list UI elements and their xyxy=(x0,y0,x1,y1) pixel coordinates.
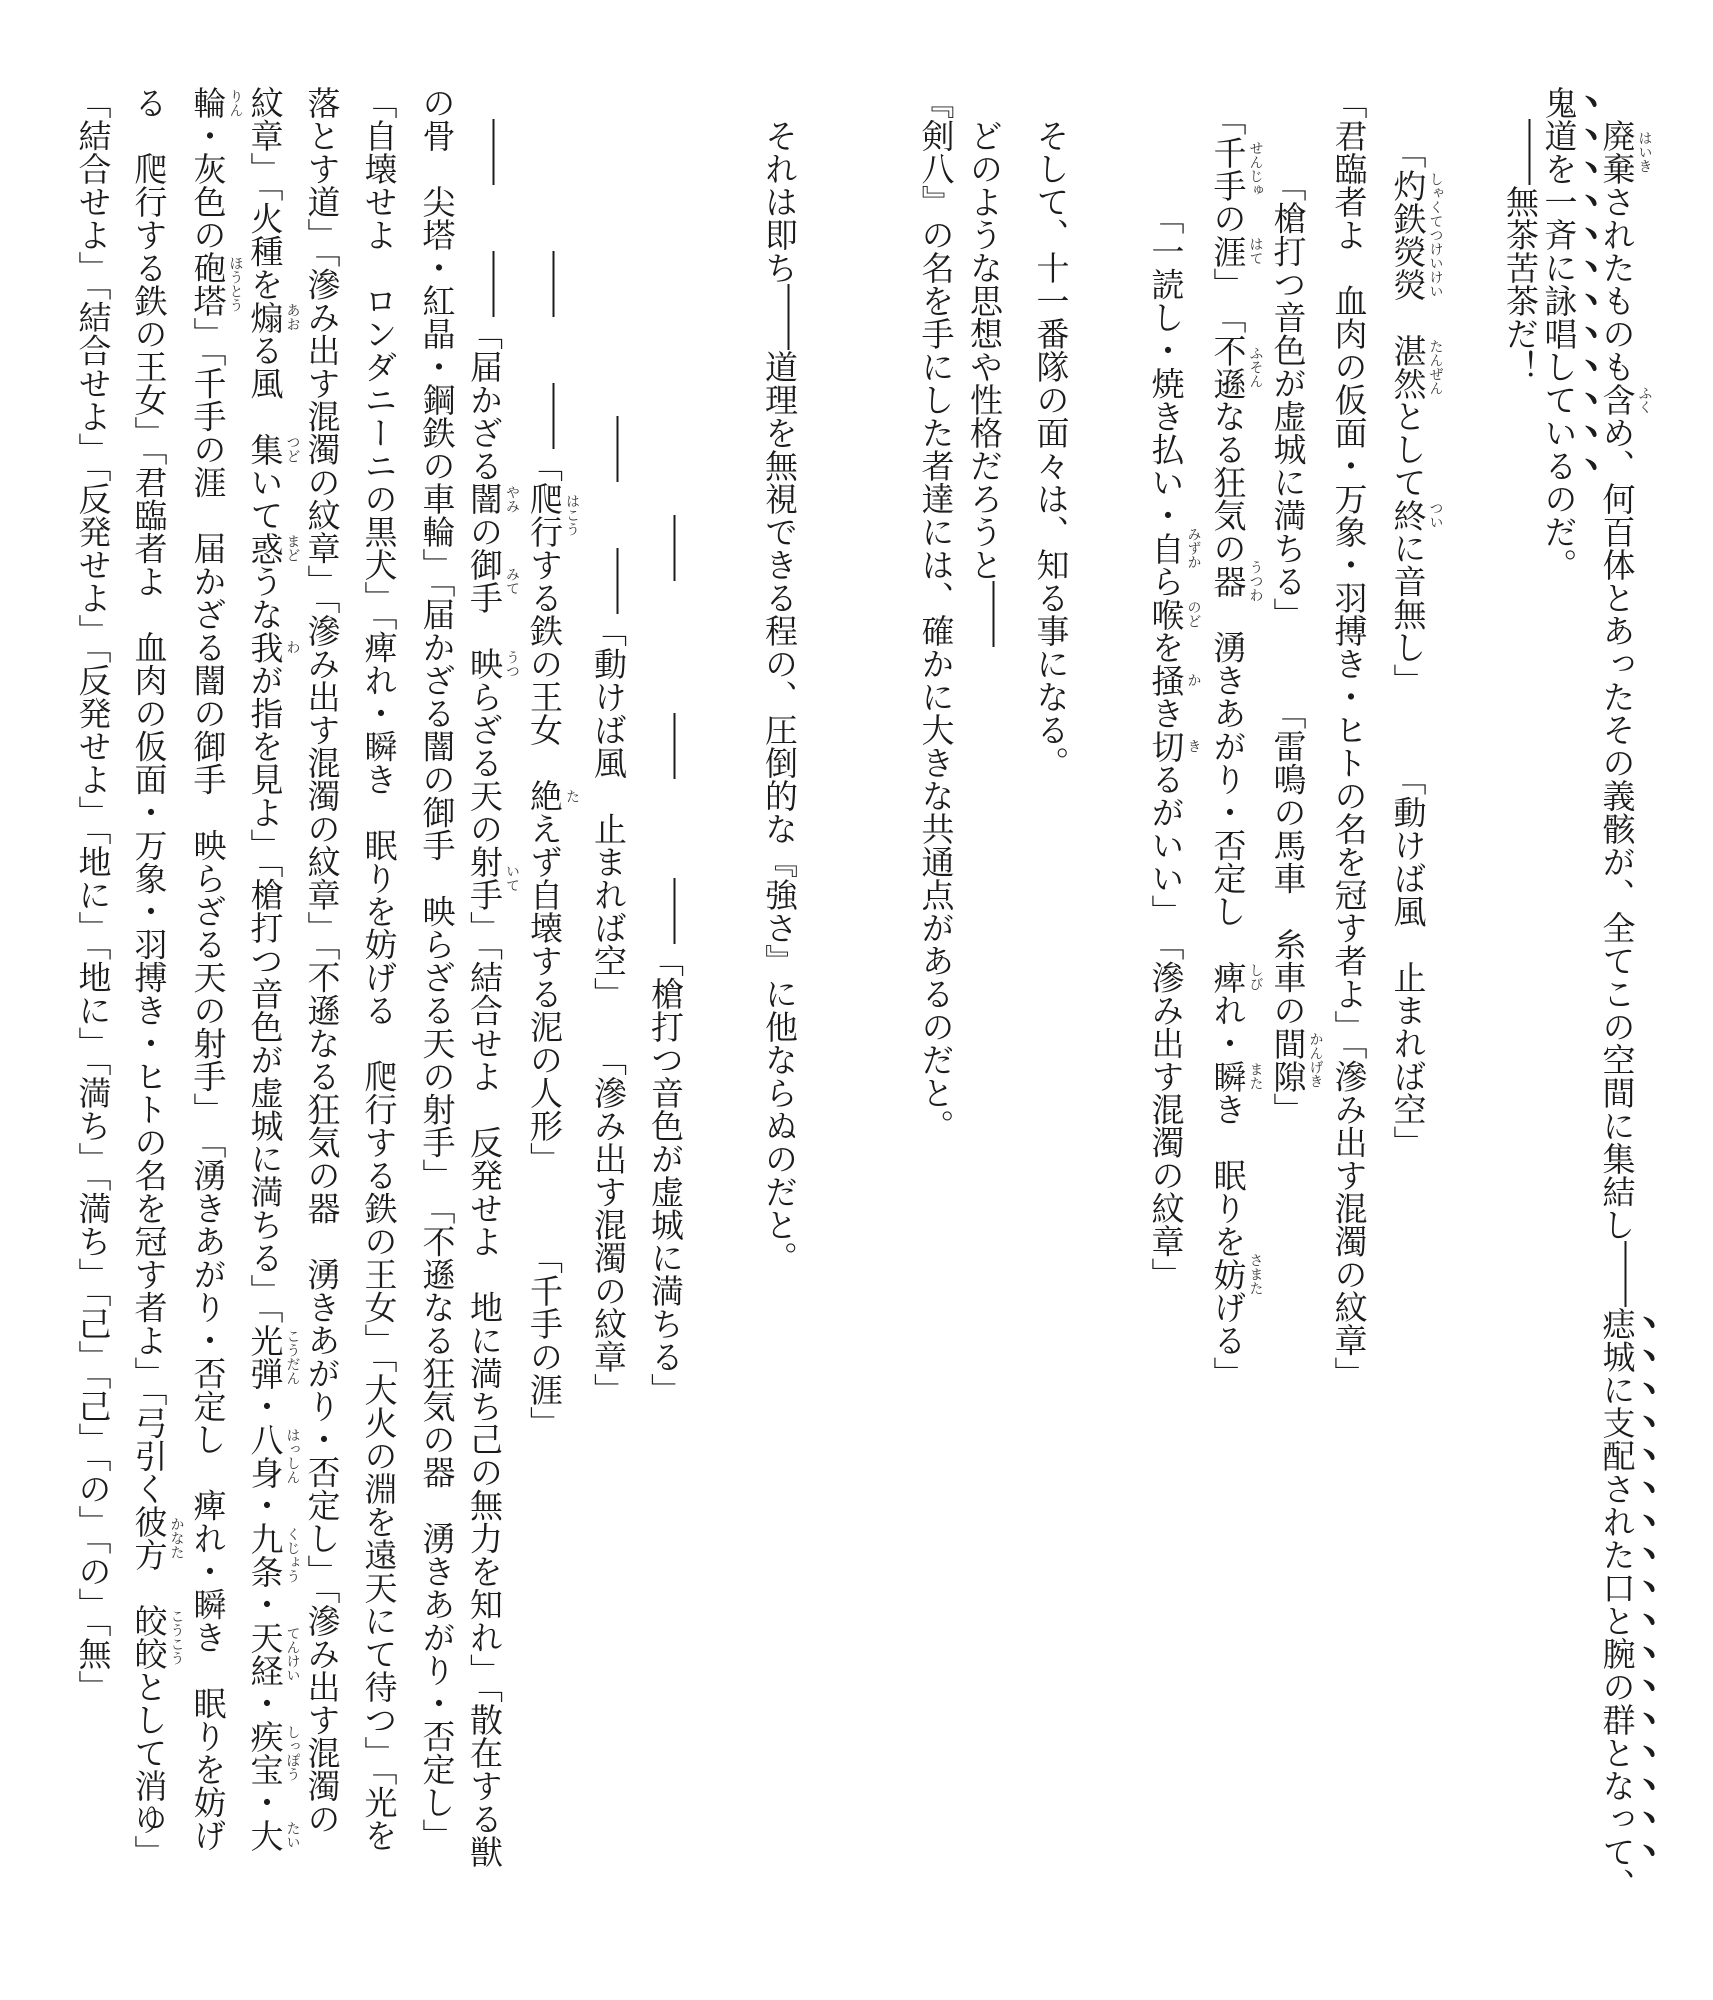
ruby-text: たんぜん xyxy=(1429,339,1443,395)
ruby-base: 灼鉄熒熒しゃくてつけいけい xyxy=(1389,169,1428,301)
ruby-base: 惑まど xyxy=(246,532,285,565)
text-line: 鬼道を一斉に詠唱しているのだ。 xyxy=(1571,86,1604,1926)
dash-mark xyxy=(977,581,1010,647)
text-run: ・ xyxy=(246,1588,285,1621)
ruby-text: つど xyxy=(286,435,300,463)
text-run: 」 「 xyxy=(1209,268,1248,334)
ruby-text: しゃくてつけいけい xyxy=(1429,172,1443,298)
ruby-text: のど xyxy=(1187,600,1201,628)
text-run: ら xyxy=(1147,565,1186,598)
ruby-base: 大たい xyxy=(246,1819,285,1852)
dense-chant-line: 輪りん・灰色の砲塔ほうとう」「千手の涯 届かざる闇の御手 映らざる天の射手」 「… xyxy=(192,86,225,1926)
chant-line: 「灼鉄熒熒しゃくてつけいけい 湛然たんぜんとして終ついに音無し」 「動けば風 止… xyxy=(1392,86,1425,1926)
text-run: なる狂気の xyxy=(1209,400,1248,565)
ruby-base: 皎皎こうこう xyxy=(130,1604,169,1670)
ruby-text: りん xyxy=(229,89,243,117)
text-line: 無茶苦茶だ！ xyxy=(1513,86,1546,1926)
text-run: 落とす道」「滲み出す混濁の紋章」「滲み出す混濁の紋章」「不遜なる狂気の器 湧きあ… xyxy=(303,86,342,1835)
ruby-text: はいき xyxy=(1638,131,1652,173)
text-run: れ・ xyxy=(1209,994,1248,1060)
ruby-base: 千手せんじゅ xyxy=(1209,136,1248,202)
dash-mark xyxy=(1609,1241,1642,1307)
ruby-text: くじょう xyxy=(286,1527,300,1583)
ruby-base: 喉のど xyxy=(1147,598,1186,631)
text-run: ・ xyxy=(246,1390,285,1423)
ruby-base: 妨さまた xyxy=(1209,1258,1248,1291)
text-run xyxy=(465,614,504,647)
dense-chant-line: 紋章」「火種を煽あおる風 集つどいて惑まどうな我わが指を見よ」「槍打つ音色が虚城… xyxy=(249,86,282,1926)
ruby-text: せんじゅ xyxy=(1249,141,1263,197)
ruby-base: 光弾こうだん xyxy=(246,1324,285,1390)
ruby-base: 彼方かなた xyxy=(130,1505,169,1571)
dash-mark xyxy=(477,119,510,185)
ruby-base: 九条くじょう xyxy=(246,1522,285,1588)
staircase-chant-line: 「動けば風 止まれば空」 「滲み出す混濁の紋章」 xyxy=(601,86,634,1926)
ruby-text: うつ xyxy=(505,650,519,678)
text-run: する鉄の王女 xyxy=(525,548,564,779)
ruby-text: さまた xyxy=(1249,1253,1263,1295)
dash-mark xyxy=(537,383,570,449)
text-run: 紋章」「火種を xyxy=(246,86,285,301)
ruby-base: 集つど xyxy=(246,433,285,466)
ruby-base: 間隙かんげき xyxy=(1269,1027,1308,1093)
blank-line xyxy=(846,86,879,1926)
ruby-text: た xyxy=(565,789,579,803)
ruby-text: しび xyxy=(1249,963,1263,991)
ruby-base: 闇やみ xyxy=(465,482,504,515)
text-run: どのような思想や性格だろうと xyxy=(965,86,1004,647)
ruby-base: 我わ xyxy=(246,631,285,664)
ruby-base: 天経てんけい xyxy=(246,1621,285,1687)
text-run: 「槍打つ音色が虚城に満ちる」 「雷鳴の馬車 糸車の xyxy=(1269,86,1308,1027)
text-run: げる」 xyxy=(1209,1291,1248,1390)
ruby-text: かんげき xyxy=(1309,1032,1323,1088)
staircase-chant-line: 「槍打つ音色が虚城に満ちる」 xyxy=(658,86,691,1926)
text-line: 『剣八』の名を手にした者達には、確かに大きな共通点があるのだと。 xyxy=(920,86,953,1926)
ruby-text: ほうとう xyxy=(229,256,243,312)
text-run: として消ゆ」 xyxy=(130,1670,169,1868)
ruby-text: みて xyxy=(505,567,519,595)
ruby-text: はて xyxy=(1249,237,1263,265)
text-run: 湧きあがり・否定し xyxy=(1209,598,1248,961)
ruby-text: しっぽう xyxy=(286,1725,300,1781)
ruby-text: まど xyxy=(286,534,300,562)
ruby-text: はっしん xyxy=(286,1428,300,1484)
text-run: それは即ち道理を無視できる程の、圧倒的な『強さ』に他ならぬのだと。 xyxy=(760,86,799,1274)
ruby-base: 煽あお xyxy=(246,301,285,334)
dash-mark xyxy=(658,713,691,779)
text-run: ・ xyxy=(246,1489,285,1522)
staircase-chant-line: 「爬行はこうする鉄の王女 絶たえず自壊する泥の人形」 「千手の涯」 xyxy=(537,86,570,1926)
dash-mark xyxy=(1513,119,1546,185)
ruby-text: たい xyxy=(286,1821,300,1849)
ruby-text: ふく xyxy=(1638,386,1652,414)
text-run: の xyxy=(1209,202,1248,235)
text-run: 「届かざる xyxy=(465,86,504,482)
ruby-text: はこう xyxy=(565,494,579,536)
ruby-base: 砲塔ほうとう xyxy=(189,251,228,317)
ruby-base: 痺しび xyxy=(1209,961,1248,994)
ruby-base: 御手みて xyxy=(465,548,504,614)
text-run: えず自壊する泥の人形」 「千手の涯」 xyxy=(525,812,564,1439)
ruby-text: ふそん xyxy=(1249,346,1263,388)
novel-page: 廃棄はいきされたものも含ふくめ、何百体とあったその義骸が、全てこの空間に集結し痣… xyxy=(0,0,1713,2000)
text-run: ・灰色の xyxy=(189,119,228,251)
text-run: る 爬行する鉄の王女」「君臨者よ 血肉の仮面・万象・羽搏き・ヒトの名を冠す者よ」… xyxy=(130,86,169,1505)
ruby-text: いて xyxy=(505,864,519,892)
chant-line: 「君臨者よ 血肉の仮面・万象・羽搏き・ヒトの名を冠す者よ」「滲み出す混濁の紋章」 xyxy=(1333,86,1366,1926)
ruby-text: つい xyxy=(1429,501,1443,529)
ruby-text: か xyxy=(1187,673,1201,687)
ruby-base: 涯はて xyxy=(1209,235,1248,268)
text-run: 」「千手の涯 届かざる闇の御手 映らざる天の射手」 「湧きあがり・否定し 痺れ・… xyxy=(189,317,228,1852)
dense-chant-line: 「結合せよ」「結合せよ」「反発せよ」「反発せよ」「地に」「地に」「満ち」「満ち」… xyxy=(77,86,110,1926)
text-run: き xyxy=(1147,697,1186,730)
text-run: の xyxy=(465,515,504,548)
ruby-base: 終つい xyxy=(1389,499,1428,532)
ruby-text: てんけい xyxy=(286,1626,300,1682)
text-run: ・ xyxy=(246,1786,285,1819)
text-run: ・ xyxy=(246,1687,285,1720)
text-run: そして、十一番隊の面々は、知る事になる。 xyxy=(1032,86,1071,779)
ruby-base: 瞬また xyxy=(1209,1060,1248,1093)
text-run xyxy=(130,1571,169,1604)
dense-chant-line: の骨 尖塔・紅晶・鋼鉄の車輪」「届かざる闇の御手 映らざる天の射手」 「不遜なる… xyxy=(421,86,454,1926)
text-run: うな xyxy=(246,565,285,631)
ruby-text: こうだん xyxy=(286,1329,300,1385)
ruby-base: 湛然たんぜん xyxy=(1389,334,1428,400)
ruby-base: 疾宝しっぽう xyxy=(246,1720,285,1786)
ruby-text: わ xyxy=(286,640,300,654)
chant-line: 「槍打つ音色が虚城に満ちる」 「雷鳴の馬車 糸車の間隙かんげき」 xyxy=(1272,86,1305,1926)
text-run: 「君臨者よ 血肉の仮面・万象・羽搏き・ヒトの名を冠す者よ」「滲み出す混濁の紋章」 xyxy=(1330,86,1369,1390)
dense-chant-line: 落とす道」「滲み出す混濁の紋章」「滲み出す混濁の紋章」「不遜なる狂気の器 湧きあ… xyxy=(306,86,339,1926)
blank-line xyxy=(1454,86,1487,1926)
text-line: 廃棄はいきされたものも含ふくめ、何百体とあったその義骸が、全てこの空間に集結し痣… xyxy=(1629,86,1662,1926)
text-run: 「 xyxy=(1209,86,1248,136)
dash-mark xyxy=(537,251,570,317)
text-run: 「一読し・焼き払い・ xyxy=(1147,86,1186,532)
ruby-text: き xyxy=(1187,739,1201,753)
text-run: 『剣八』の名を手にした者達には、確かに大きな共通点があるのだと。 xyxy=(917,86,956,1142)
text-run: いて xyxy=(246,466,285,532)
text-run: 「自壊せよ ロンダニーニの黒犬」「痺れ・瞬き 眠りを妨げる 爬行する鉄の王女」「… xyxy=(360,86,399,1852)
dash-mark xyxy=(772,284,805,350)
ruby-base: 切き xyxy=(1147,730,1186,763)
text-run: を xyxy=(1147,631,1186,664)
ruby-base: 爬行はこう xyxy=(525,482,564,548)
text-run xyxy=(1389,301,1428,334)
ruby-text: こうこう xyxy=(170,1609,184,1665)
ruby-base: 映うつ xyxy=(465,647,504,680)
ruby-base: 不遜ふそん xyxy=(1209,334,1248,400)
text-run: 「槍打つ音色が虚城に満ちる」 xyxy=(646,86,685,1406)
staircase-chant-line: 「届かざる闇やみの御手みて 映うつらざる天の射手いて」「結合せよ 反発せよ 地に… xyxy=(477,86,510,1926)
text-line: それは即ち道理を無視できる程の、圧倒的な『強さ』に他ならぬのだと。 xyxy=(772,86,805,1926)
text-line: そして、十一番隊の面々は、知る事になる。 xyxy=(1035,86,1068,1926)
chant-line: 「一読し・焼き払い・自みずから喉のどを掻かき切きるがいい」 「滲み出す混濁の紋章… xyxy=(1150,86,1183,1926)
chant-line: 「千手せんじゅの涯はて」 「不遜ふそんなる狂気の器うつわ 湧きあがり・否定し 痺… xyxy=(1212,86,1245,1926)
blank-line xyxy=(715,86,748,1926)
dash-mark xyxy=(601,416,634,482)
text-run: き 眠りを xyxy=(1209,1093,1248,1258)
text-run: として xyxy=(1389,400,1428,499)
text-run: が指を見よ」「槍打つ音色が虚城に満ちる」「 xyxy=(246,664,285,1324)
text-run: 「 xyxy=(1389,86,1428,169)
blank-line xyxy=(1093,86,1126,1926)
ruby-base: 自みずか xyxy=(1147,532,1186,565)
ruby-base: 射手いて xyxy=(465,845,504,911)
ruby-text: かなた xyxy=(170,1517,184,1559)
ruby-text: うつわ xyxy=(1249,560,1263,602)
ruby-base: 掻か xyxy=(1147,664,1186,697)
dense-chant-line: 「自壊せよ ロンダニーニの黒犬」「痺れ・瞬き 眠りを妨げる 爬行する鉄の王女」「… xyxy=(363,86,396,1926)
text-run: に音無し」 「動けば風 止まれば空」 xyxy=(1389,532,1428,1159)
text-run: の骨 尖塔・紅晶・鋼鉄の車輪」「届かざる闇の御手 映らざる天の射手」 「不遜なる… xyxy=(418,86,457,1852)
text-run: 無茶苦茶だ！ xyxy=(1501,86,1540,383)
text-run: 「結合せよ」「結合せよ」「反発せよ」「反発せよ」「地に」「地に」「満ち」「満ち」… xyxy=(74,86,113,1703)
text-run: 「動けば風 止まれば空」 「滲み出す混濁の紋章」 xyxy=(589,86,628,1406)
dash-mark xyxy=(601,548,634,614)
dash-mark xyxy=(658,515,691,581)
text-run: るがいい」 「滲み出す混濁の紋章」 xyxy=(1147,763,1186,1291)
dense-chant-line: る 爬行する鉄の王女」「君臨者よ 血肉の仮面・万象・羽搏き・ヒトの名を冠す者よ」… xyxy=(133,86,166,1926)
text-run: 」「結合せよ 反発せよ 地に満ち己の無力を知れ」「散在する獣 xyxy=(465,911,504,1868)
ruby-base: 絶た xyxy=(525,779,564,812)
ruby-base: 器うつわ xyxy=(1209,565,1248,598)
text-run: らざる天の xyxy=(465,680,504,845)
text-run: 「 xyxy=(525,86,564,482)
text-line: どのような思想や性格だろうと xyxy=(977,86,1010,1926)
ruby-text: また xyxy=(1249,1062,1263,1090)
text-run: る風 xyxy=(246,334,285,433)
ruby-text: あお xyxy=(286,303,300,331)
text-run: 」 xyxy=(1269,1093,1308,1126)
dash-mark xyxy=(658,878,691,944)
ruby-base: 八身はっしん xyxy=(246,1423,285,1489)
ruby-base: 輪りん xyxy=(189,86,228,119)
dash-mark xyxy=(477,251,510,317)
ruby-text: やみ xyxy=(505,485,519,513)
ruby-text: みずか xyxy=(1187,527,1201,569)
